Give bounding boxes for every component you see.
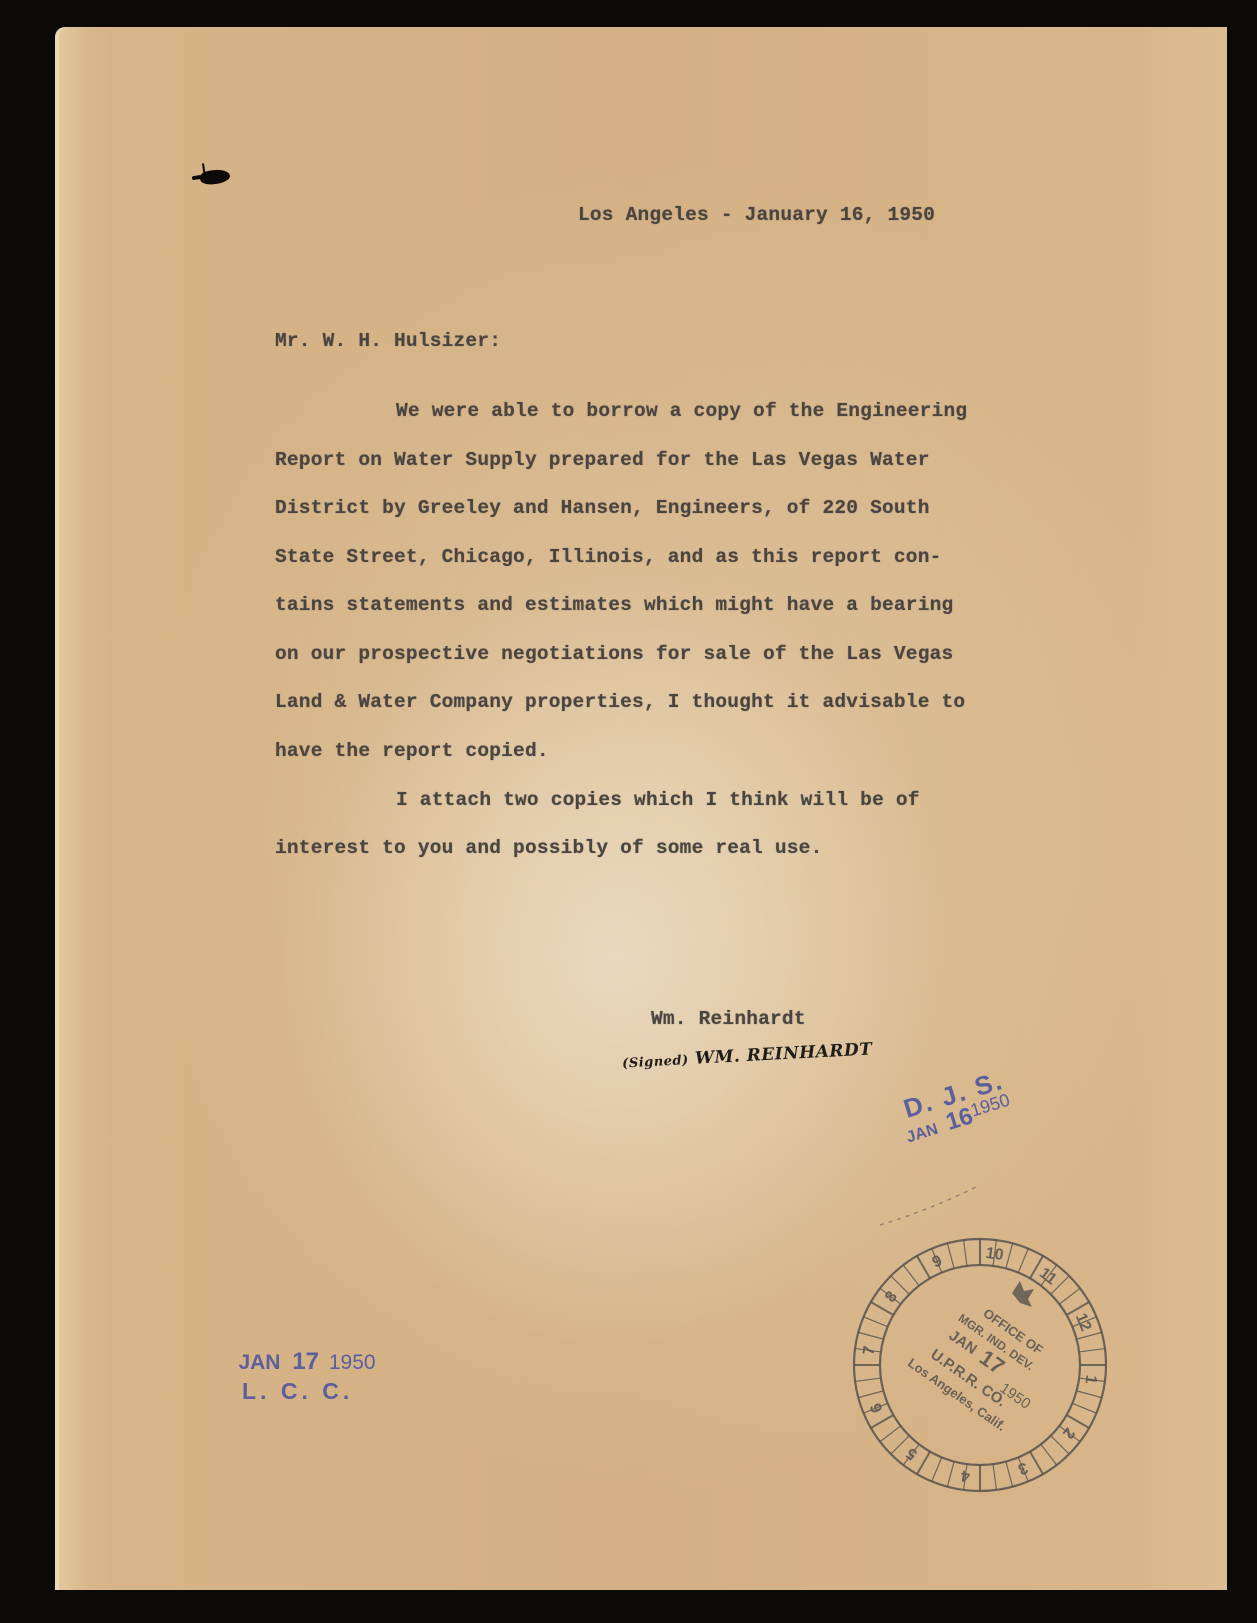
seal-emblem-icon — [1012, 1281, 1034, 1307]
dateline: Los Angeles - January 16, 1950 — [578, 204, 935, 226]
seal-hour-label: 4 — [960, 1467, 971, 1485]
lcc-year: 1950 — [329, 1351, 376, 1374]
body-line: District by Greeley and Hansen, Engineer… — [275, 497, 930, 519]
body-line: on our prospective negotiations for sale… — [275, 643, 953, 665]
faint-mark — [880, 1180, 990, 1230]
signed-prefix: (Signed) — [622, 1053, 689, 1071]
seal-hour-label: 1 — [1082, 1374, 1100, 1385]
seal-hour-label: 3 — [1015, 1458, 1030, 1477]
seal-hour-label: 12 — [1072, 1311, 1095, 1334]
lcc-month: JAN — [238, 1351, 280, 1374]
lcc-stamp: JAN 17 1950 L. C. C. — [222, 1348, 392, 1405]
paper-hole — [199, 168, 231, 186]
lcc-initials: L. C. C. — [222, 1378, 392, 1405]
djs-month: JAN — [904, 1121, 940, 1147]
body-line: tains statements and estimates which mig… — [275, 594, 953, 616]
body-line: We were able to borrow a copy of the Eng… — [396, 400, 967, 422]
body-line: Report on Water Supply prepared for the … — [275, 449, 930, 471]
seal-hour-label: 9 — [930, 1252, 945, 1271]
salutation: Mr. W. H. Hulsizer: — [275, 330, 501, 352]
seal-hour-label: 2 — [1059, 1424, 1078, 1441]
office-seal-stamp: 123456789101112 OFFICE OF MGR. IND. DEV.… — [850, 1235, 1110, 1495]
seal-hour-label: 8 — [882, 1288, 901, 1305]
body-line: I attach two copies which I think will b… — [396, 789, 920, 811]
body-line: interest to you and possibly of some rea… — [275, 837, 823, 859]
body-line: Land & Water Company properties, I thoug… — [275, 691, 965, 713]
lcc-day: 17 — [292, 1348, 319, 1375]
seal-hour-label: 10 — [985, 1245, 1005, 1264]
seal-hour-label: 5 — [903, 1444, 920, 1463]
body-line: State Street, Chicago, Illinois, and as … — [275, 546, 942, 568]
signature-typed: Wm. Reinhardt — [651, 1008, 806, 1030]
body-line: have the report copied. — [275, 740, 549, 762]
seal-hour-label: 7 — [860, 1345, 878, 1356]
seal-hour-label: 6 — [867, 1400, 886, 1415]
